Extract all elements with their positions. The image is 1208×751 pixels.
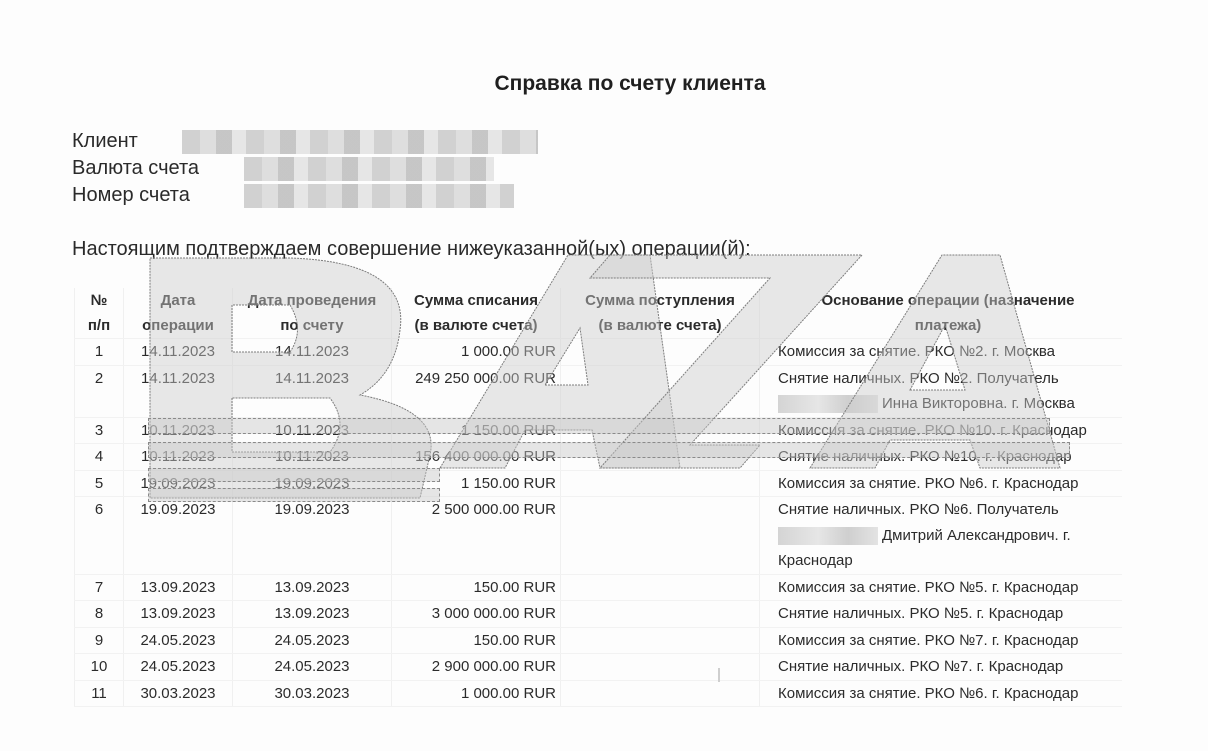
operation-date: 10.11.2023	[124, 444, 233, 471]
operation-purpose: Снятие наличных. РКО №5. г. Краснодар	[760, 601, 1123, 628]
scan-speck	[718, 668, 720, 682]
posting-date: 24.05.2023	[233, 654, 392, 681]
row-number: 4	[75, 444, 124, 471]
operation-date: 14.11.2023	[124, 365, 233, 417]
table-row: 713.09.202313.09.2023150.00 RURКомиссия …	[75, 574, 1123, 601]
table-row: 310.11.202310.11.20231 150.00 RURКомисси…	[75, 417, 1123, 444]
header-op-date: Датаоперации	[124, 288, 233, 339]
purpose-text: Снятие наличных. РКО №2. Получатель	[778, 370, 1059, 387]
table-row: 519.09.202319.09.20231 150.00 RURКомисси…	[75, 470, 1123, 497]
posting-date: 19.09.2023	[233, 470, 392, 497]
intro-text: Настоящим подтверждаем совершение нижеук…	[72, 238, 751, 261]
header-debit: Сумма списания(в валюте счета)	[392, 288, 561, 339]
statement-page: Справка по счету клиента Клиент Валюта с…	[0, 0, 1208, 751]
credit-amount	[561, 601, 760, 628]
table-row: 924.05.202324.05.2023150.00 RURКомиссия …	[75, 627, 1123, 654]
debit-amount: 249 250 000.00 RUR	[392, 365, 561, 417]
row-number: 6	[75, 497, 124, 575]
row-number: 10	[75, 654, 124, 681]
debit-amount: 2 500 000.00 RUR	[392, 497, 561, 575]
debit-amount: 156 400 000.00 RUR	[392, 444, 561, 471]
operation-date: 19.09.2023	[124, 497, 233, 575]
header-number: №п/п	[75, 288, 124, 339]
header-purpose: Основание операции (назначениеплатежа)	[760, 288, 1123, 339]
posting-date: 10.11.2023	[233, 444, 392, 471]
purpose-text: Комиссия за снятие. РКО №2. г. Москва	[778, 343, 1055, 360]
credit-amount	[561, 365, 760, 417]
debit-amount: 150.00 RUR	[392, 574, 561, 601]
operation-date: 19.09.2023	[124, 470, 233, 497]
posting-date: 14.11.2023	[233, 365, 392, 417]
table-header-row: №п/п Датаоперации Дата проведенияпо счет…	[75, 288, 1123, 339]
credit-amount	[561, 574, 760, 601]
account-number-field: Номер счета	[72, 182, 199, 209]
currency-field: Валюта счета	[72, 155, 199, 182]
currency-redacted	[244, 157, 494, 181]
table-row: 813.09.202313.09.20233 000 000.00 RURСня…	[75, 601, 1123, 628]
operation-purpose: Снятие наличных. РКО №6. ПолучательДмитр…	[760, 497, 1123, 575]
operation-purpose: Комиссия за снятие. РКО №6. г. Краснодар	[760, 680, 1123, 707]
purpose-text: Снятие наличных. РКО №5. г. Краснодар	[778, 605, 1063, 622]
row-number: 7	[75, 574, 124, 601]
credit-amount	[561, 680, 760, 707]
operation-purpose: Комиссия за снятие. РКО №7. г. Краснодар	[760, 627, 1123, 654]
account-number-redacted	[244, 184, 514, 208]
operation-date: 13.09.2023	[124, 574, 233, 601]
operation-date: 24.05.2023	[124, 627, 233, 654]
operation-purpose: Снятие наличных. РКО №10. г. Краснодар	[760, 444, 1123, 471]
purpose-text: Комиссия за снятие. РКО №6. г. Краснодар	[778, 475, 1078, 492]
credit-amount	[561, 444, 760, 471]
debit-amount: 1 000.00 RUR	[392, 339, 561, 366]
purpose-text: Снятие наличных. РКО №6. Получатель	[778, 501, 1059, 518]
operation-purpose: Снятие наличных. РКО №2. ПолучательИнна …	[760, 365, 1123, 417]
credit-amount	[561, 497, 760, 575]
credit-amount	[561, 339, 760, 366]
purpose-text: Снятие наличных. РКО №7. г. Краснодар	[778, 658, 1063, 675]
operation-date: 14.11.2023	[124, 339, 233, 366]
debit-amount: 150.00 RUR	[392, 627, 561, 654]
purpose-text: Комиссия за снятие. РКО №5. г. Краснодар	[778, 579, 1078, 596]
row-number: 11	[75, 680, 124, 707]
table-row: 214.11.202314.11.2023249 250 000.00 RURС…	[75, 365, 1123, 417]
account-info: Клиент Валюта счета Номер счета	[72, 128, 199, 209]
header-post-date: Дата проведенияпо счету	[233, 288, 392, 339]
credit-amount	[561, 470, 760, 497]
posting-date: 19.09.2023	[233, 497, 392, 575]
table-row: 619.09.202319.09.20232 500 000.00 RURСня…	[75, 497, 1123, 575]
table-row: 114.11.202314.11.20231 000.00 RURКомисси…	[75, 339, 1123, 366]
debit-amount: 2 900 000.00 RUR	[392, 654, 561, 681]
posting-date: 13.09.2023	[233, 574, 392, 601]
header-credit: Сумма поступления(в валюте счета)	[561, 288, 760, 339]
credit-amount	[561, 654, 760, 681]
operation-date: 13.09.2023	[124, 601, 233, 628]
debit-amount: 1 000.00 RUR	[392, 680, 561, 707]
table-row: 1130.03.202330.03.20231 000.00 RURКомисс…	[75, 680, 1123, 707]
operation-date: 30.03.2023	[124, 680, 233, 707]
operation-date: 10.11.2023	[124, 417, 233, 444]
posting-date: 24.05.2023	[233, 627, 392, 654]
posting-date: 13.09.2023	[233, 601, 392, 628]
row-number: 1	[75, 339, 124, 366]
operation-date: 24.05.2023	[124, 654, 233, 681]
row-number: 9	[75, 627, 124, 654]
operation-purpose: Комиссия за снятие. РКО №5. г. Краснодар	[760, 574, 1123, 601]
credit-amount	[561, 417, 760, 444]
debit-amount: 3 000 000.00 RUR	[392, 601, 561, 628]
recipient-name: Инна Викторовна. г. Москва	[882, 395, 1075, 412]
client-label: Клиент	[72, 130, 138, 152]
row-number: 8	[75, 601, 124, 628]
row-number: 2	[75, 365, 124, 417]
purpose-text: Комиссия за снятие. РКО №10. г. Краснода…	[778, 422, 1087, 439]
operations-table: №п/п Датаоперации Дата проведенияпо счет…	[74, 288, 1122, 707]
recipient-surname-redacted	[778, 527, 878, 545]
operation-purpose: Комиссия за снятие. РКО №2. г. Москва	[760, 339, 1123, 366]
account-number-label: Номер счета	[72, 184, 190, 206]
client-redacted	[182, 130, 538, 154]
row-number: 3	[75, 417, 124, 444]
table-row: 1024.05.202324.05.20232 900 000.00 RURСн…	[75, 654, 1123, 681]
operation-purpose: Комиссия за снятие. РКО №6. г. Краснодар	[760, 470, 1123, 497]
currency-label: Валюта счета	[72, 157, 199, 179]
recipient-surname-redacted	[778, 395, 878, 413]
row-number: 5	[75, 470, 124, 497]
posting-date: 10.11.2023	[233, 417, 392, 444]
debit-amount: 1 150.00 RUR	[392, 470, 561, 497]
document-title: Справка по счету клиента	[0, 72, 1208, 96]
purpose-text: Комиссия за снятие. РКО №7. г. Краснодар	[778, 632, 1078, 649]
credit-amount	[561, 627, 760, 654]
operation-purpose: Комиссия за снятие. РКО №10. г. Краснода…	[760, 417, 1123, 444]
purpose-text: Комиссия за снятие. РКО №6. г. Краснодар	[778, 685, 1078, 702]
purpose-text: Снятие наличных. РКО №10. г. Краснодар	[778, 448, 1072, 465]
debit-amount: 1 150.00 RUR	[392, 417, 561, 444]
posting-date: 30.03.2023	[233, 680, 392, 707]
posting-date: 14.11.2023	[233, 339, 392, 366]
operation-purpose: Снятие наличных. РКО №7. г. Краснодар	[760, 654, 1123, 681]
client-field: Клиент	[72, 128, 199, 155]
table-row: 410.11.202310.11.2023156 400 000.00 RURС…	[75, 444, 1123, 471]
